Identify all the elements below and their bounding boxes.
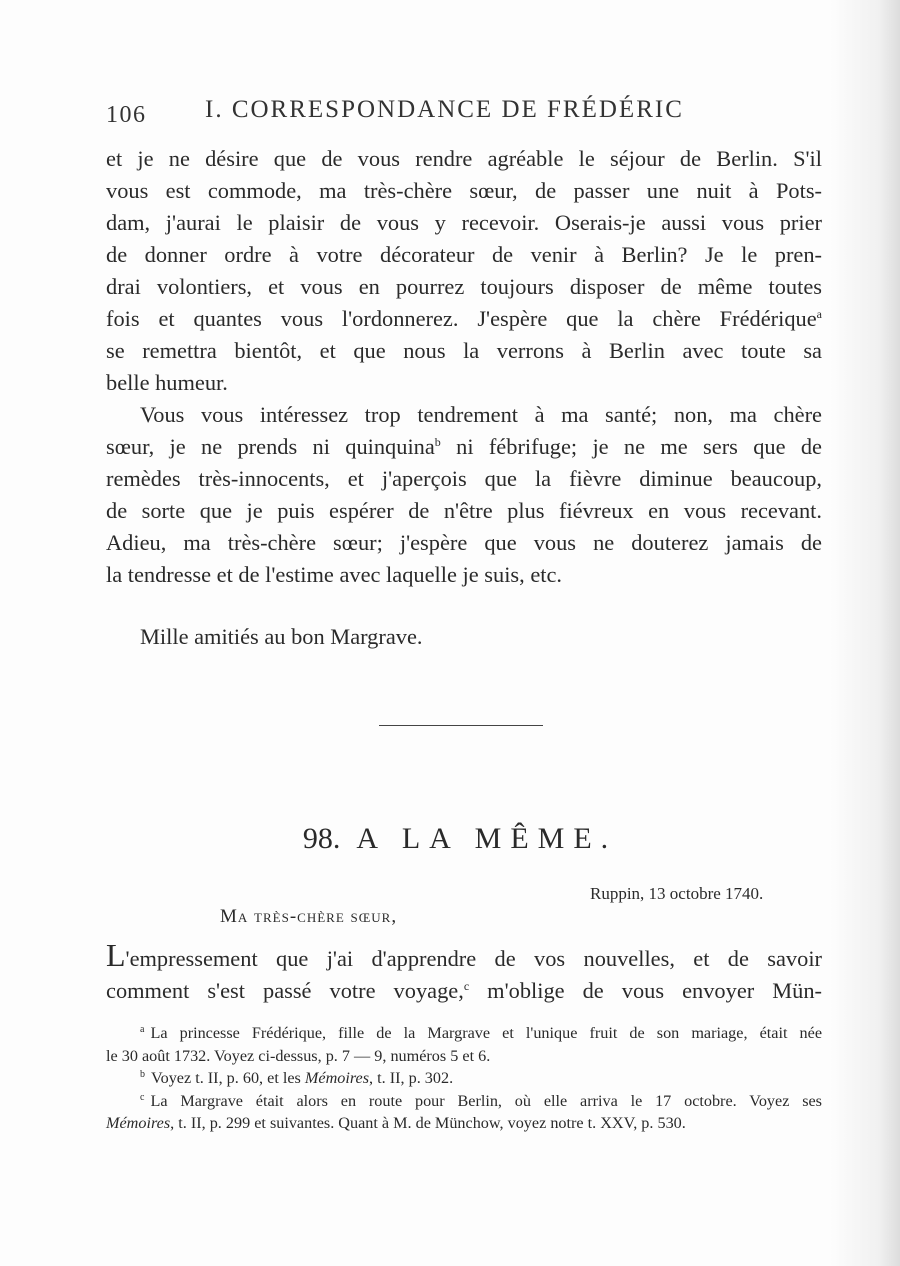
footnote-b-line: bVoyez t. II, p. 60, et les Mémoires, t.… <box>106 1067 822 1090</box>
footnote-a-line: aLa princesse Frédérique, fille de la Ma… <box>106 1022 822 1045</box>
footnote-text: La Margrave était alors en route pour Be… <box>150 1092 822 1110</box>
text-line: dam, j'aurai le plaisir de vous y recevo… <box>106 207 822 239</box>
text-line-with-dropcap: L'empressement que j'ai d'apprendre de v… <box>106 943 822 975</box>
text-segment: comment s'est passé votre voyage, <box>106 978 464 1003</box>
paragraph-health: Vous vous intéressez trop tendrement à m… <box>106 399 822 591</box>
footnote-marker-a: a <box>140 1024 144 1035</box>
text-line-with-footnote: fois et quantes vous l'ordonnerez. J'esp… <box>106 303 822 335</box>
section-divider <box>379 725 543 726</box>
place-date: Ruppin, 13 octobre 1740. <box>590 884 763 904</box>
text-line: se remettra bientôt, et que nous la verr… <box>106 335 822 367</box>
text-segment: ni fébrifuge; je ne me sers que de <box>441 434 822 459</box>
text-segment: m'oblige de vous envoyer Mün- <box>469 978 822 1003</box>
letter-title: A LA MÊME. <box>356 822 617 855</box>
text-segment: sœur, je ne prends ni quinquina <box>106 434 435 459</box>
running-title: I. CORRESPONDANCE DE FRÉDÉRIC <box>205 96 684 124</box>
work-title: Mémoires <box>106 1114 170 1132</box>
letter-opening-paragraph: L'empressement que j'ai d'apprendre de v… <box>106 943 822 1007</box>
text-line: et je ne désire que de vous rendre agréa… <box>106 143 822 175</box>
letter-heading: 98.A LA MÊME. <box>0 822 900 856</box>
footnote-c-line: cLa Margrave était alors en route pour B… <box>106 1090 822 1113</box>
footnote-text: Voyez t. II, p. 60, et les <box>151 1069 305 1087</box>
salutation: Ma très-chère sœur, <box>220 906 397 928</box>
text-line: la tendresse et de l'estime avec laquell… <box>106 559 822 591</box>
text-line: belle humeur. <box>106 367 822 399</box>
text-segment: fois et quantes vous l'ordonnerez. J'esp… <box>106 306 817 331</box>
text-line-with-footnote: comment s'est passé votre voyage,c m'obl… <box>106 975 822 1007</box>
text-line-with-footnote: sœur, je ne prends ni quinquinab ni fébr… <box>106 431 822 463</box>
text-line: Vous vous intéressez trop tendrement à m… <box>106 399 822 431</box>
text-line: vous est commode, ma très-chère sœur, de… <box>106 175 822 207</box>
text-line: de donner ordre à votre décorateur de ve… <box>106 239 822 271</box>
footnote-text: , t. II, p. 299 et suivantes. Quant à M.… <box>170 1114 686 1132</box>
footnote-ref-a[interactable]: a <box>817 307 822 321</box>
footnote-a-line: le 30 août 1732. Voyez ci-dessus, p. 7 —… <box>106 1045 822 1068</box>
work-title: Mémoires <box>305 1069 369 1087</box>
text-line: drai volontiers, et vous en pourrez touj… <box>106 271 822 303</box>
text-line: de sorte que je puis espérer de n'être p… <box>106 495 822 527</box>
footnote-marker-c: c <box>140 1092 144 1103</box>
page-number: 106 <box>106 102 147 129</box>
running-head: 106 I. CORRESPONDANCE DE FRÉDÉRIC <box>106 96 826 132</box>
postscript: Mille amitiés au bon Margrave. <box>140 624 423 650</box>
footnote-text: , t. II, p. 302. <box>369 1069 453 1087</box>
text-segment: 'empressement que j'ai d'apprendre de vo… <box>126 946 822 971</box>
scan-edge-shadow <box>830 0 900 1266</box>
footnote-c-line: Mémoires, t. II, p. 299 et suivantes. Qu… <box>106 1112 822 1135</box>
paragraph-continued: et je ne désire que de vous rendre agréa… <box>106 143 822 399</box>
footnotes: aLa princesse Frédérique, fille de la Ma… <box>106 1022 822 1135</box>
text-line: remèdes très-innocents, et j'aperçois qu… <box>106 463 822 495</box>
drop-cap: L <box>106 937 126 973</box>
letter-number: 98. <box>303 822 341 855</box>
footnote-text: La princesse Frédérique, fille de la Mar… <box>150 1024 822 1042</box>
text-line: Adieu, ma très-chère sœur; j'espère que … <box>106 527 822 559</box>
footnote-marker-b: b <box>140 1069 145 1080</box>
